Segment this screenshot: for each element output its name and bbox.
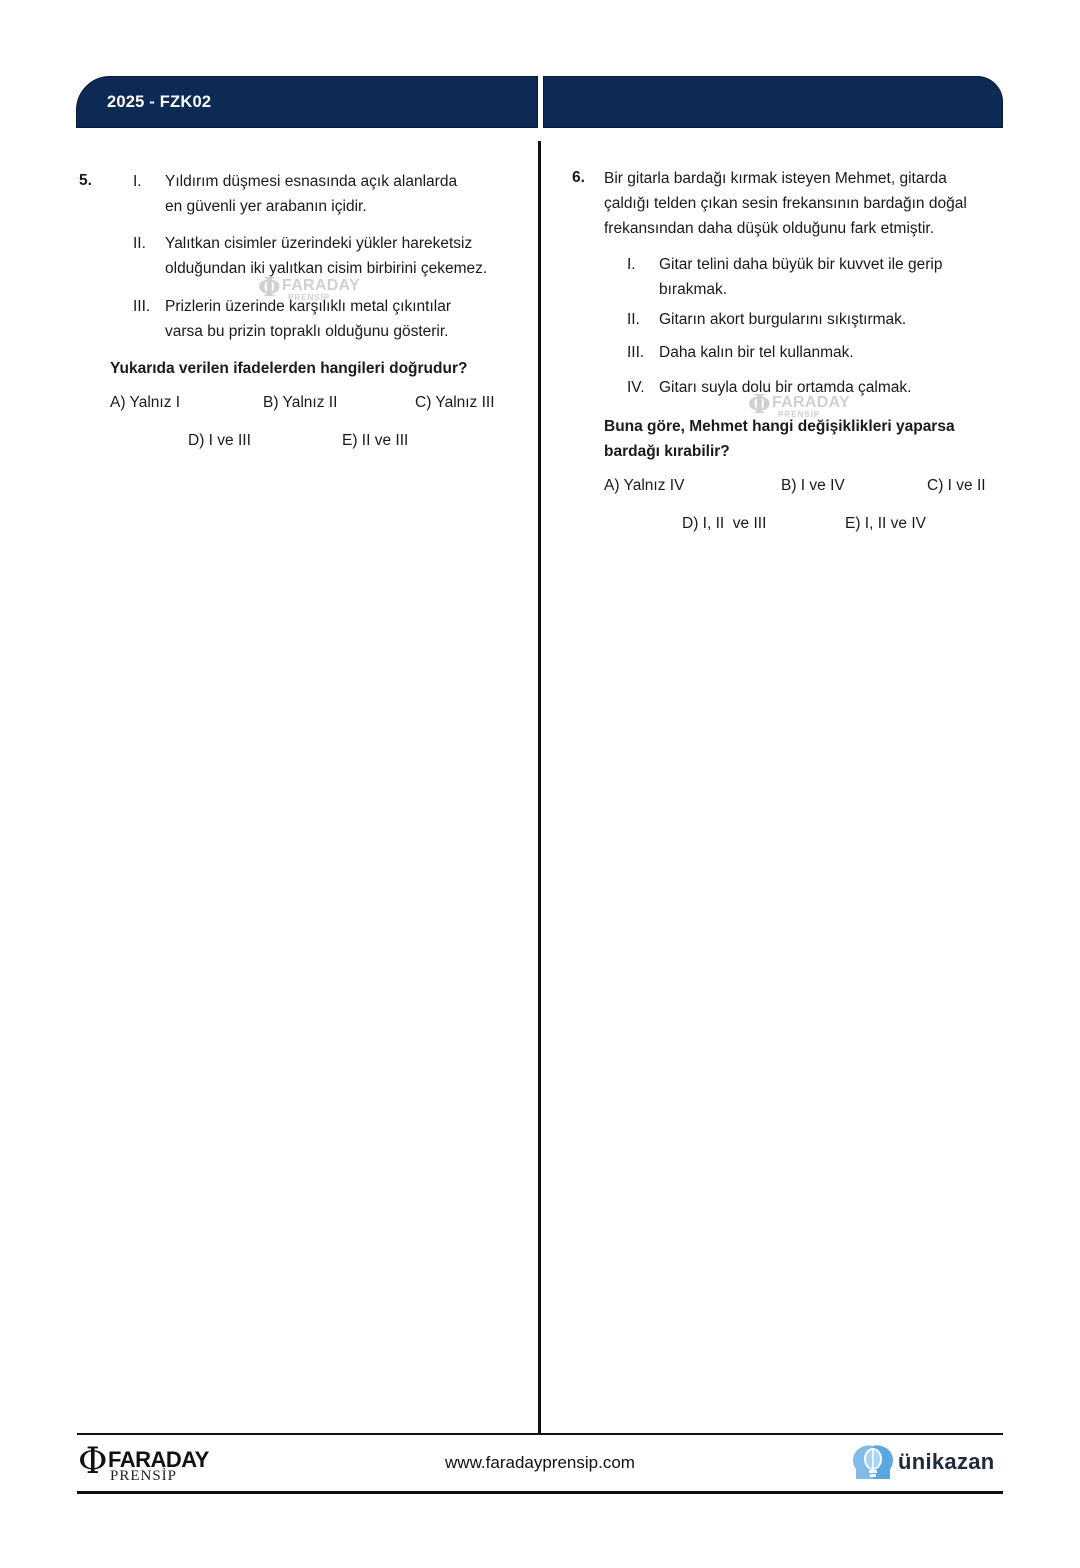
statement-line: Yalıtkan cisimler üzerindeki yükler hare… [165,231,472,256]
stem-line: çaldığı telden çıkan sesin frekansının b… [604,191,967,216]
option-c[interactable]: C) I ve II [927,473,986,498]
statement-line: Gitar telini daha büyük bir kuvvet ile g… [659,252,942,277]
option-e[interactable]: E) II ve III [342,428,408,453]
footer-top-rule [77,1433,1003,1435]
statement-roman: III. [133,294,150,319]
lightbulb-head-icon [852,1443,894,1483]
statement-roman: IV. [627,375,645,400]
header-bar-right [543,76,1003,128]
option-b[interactable]: B) Yalnız II [263,390,337,415]
header-bar-left: 2025 - FZK02 [76,76,538,128]
statement-roman: III. [627,340,644,365]
option-d[interactable]: D) I ve III [188,428,251,453]
statement-roman: I. [133,169,142,194]
statement-line: Gitarı suyla dolu bir ortamda çalmak. [659,375,911,400]
unikazan-logo: ünikazan [852,1443,1007,1485]
statement-line: olduğundan iki yalıtkan cisim birbirini … [165,256,487,281]
exam-code: 2025 - FZK02 [107,93,211,112]
statement-line: Gitarın akort burgularını sıkıştırmak. [659,307,906,332]
option-a[interactable]: A) Yalnız I [110,390,180,415]
statement-line: Prizlerin üzerinde karşılıklı metal çıkı… [165,294,451,319]
column-divider [538,141,541,1435]
statement-roman: II. [627,307,640,332]
statement-line: en güvenli yer arabanın içidir. [165,194,367,219]
statement-line: Yıldırım düşmesi esnasında açık alanlard… [165,169,457,194]
prompt-line: bardağı kırabilir? [604,439,730,464]
question-number: 6. [572,169,585,187]
stem-line: frekansından daha düşük olduğunu fark et… [604,216,934,241]
question-number: 5. [79,172,92,190]
question-prompt: Yukarıda verilen ifadelerden hangileri d… [110,356,467,381]
prompt-line: Buna göre, Mehmet hangi değişiklikleri y… [604,414,955,439]
statement-line: bırakmak. [659,277,727,302]
option-a[interactable]: A) Yalnız IV [604,473,684,498]
stem-line: Bir gitarla bardağı kırmak isteyen Mehme… [604,166,947,191]
statement-line: varsa bu prizin topraklı olduğunu göster… [165,319,448,344]
option-c[interactable]: C) Yalnız III [415,390,495,415]
option-d[interactable]: D) I, II ve III [682,511,766,536]
option-b[interactable]: B) I ve IV [781,473,845,498]
statement-roman: II. [133,231,146,256]
footer-bottom-rule [77,1491,1003,1494]
statement-line: Daha kalın bir tel kullanmak. [659,340,854,365]
statement-roman: I. [627,252,636,277]
option-e[interactable]: E) I, II ve IV [845,511,926,536]
